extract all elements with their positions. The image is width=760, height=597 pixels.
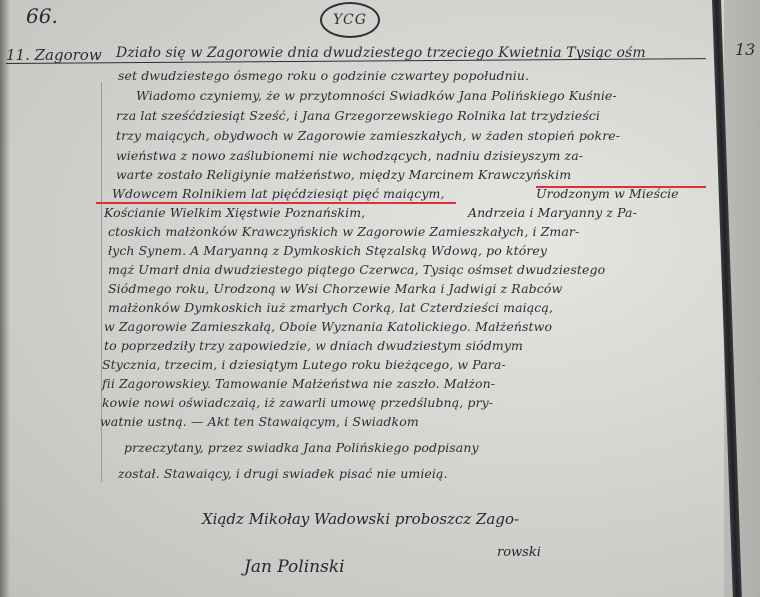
text-line-6: wieństwa z nowo zaślubionemi nie wchodzą… [116,148,583,163]
seal-text: YCG [333,12,367,28]
margin-note-entry-number: 11. Zagorow [6,46,102,64]
text-line-5: trzy maiących, obydwoch w Zagorowie zami… [116,128,620,143]
text-line-13: Siódmego roku, Urodzoną w Wsi Chorzewie … [108,281,562,296]
text-line-14: małżonków Dymkoskich iuż zmarłych Corką,… [108,300,553,315]
text-line-17: Stycznia, trzecim, i dziesiątym Lutego r… [102,357,506,372]
red-underline-kosciany [96,202,456,204]
text-line-8a: Wdowcem Rolnikiem lat pięćdziesiąt pięć … [112,186,445,201]
text-line-3: Wiadomo czyniemy, że w przytomności Swia… [136,88,617,103]
witness-signature: Jan Polinski [244,557,345,577]
text-line-1: Działo się w Zagorowie dnia dwudziestego… [116,45,646,61]
red-underline-birthplace [536,186,706,188]
text-line-20: watnie ustną. — Akt ten Stawaiącym, i Sw… [100,414,419,429]
text-line-19: kowie nowi oświadczaią, iż zawarli umowę… [102,395,493,410]
text-line-18: fii Zagorowskiey. Tamowanie Małżeństwa n… [102,376,495,391]
page-edge-shadow [0,0,10,597]
text-line-10: ctoskich małżonków Krawczyńskich w Zagor… [108,224,579,239]
text-line-22: został. Stawaiący, i drugi swiadek pisać… [118,466,448,481]
scanned-document-page: 66. YCG 13 11. Zagorow Działo się w Zago… [0,0,760,597]
text-line-8b-underlined: Urodzonym w Mieście [536,186,679,201]
text-line-12: mąż Umarł dnia dwudziestego piątego Czer… [108,262,605,277]
text-line-21: przeczytany, przez swiadka Jana Poliński… [124,440,479,455]
text-line-16: to poprzedziły trzy zapowiedzie, w dniac… [104,338,523,353]
text-line-2: set dwudziestego ósmego roku o godzinie … [118,68,529,83]
text-line-7: warte zostało Religiynie małżeństwo, mię… [116,167,571,182]
text-line-9a-underlined: Kościanie Wielkim Xięstwie Poznańskim, [104,205,365,220]
seal-monogram: YCG [320,2,380,38]
text-line-9b: Andrzeia i Maryanny z Pa- [468,205,637,220]
page-number: 66. [26,4,58,28]
text-line-15: w Zagorowie Zamieszkałą, Oboie Wyznania … [104,319,552,334]
text-line-11: łych Synem. A Maryanną z Dymkoskich Stęz… [108,243,547,258]
priest-signature-continuation: rowski [497,545,541,560]
priest-signature: Xiądz Mikołay Wadowski proboszcz Zago- [202,510,519,528]
folio-mark: 13 [735,40,755,59]
text-line-4: rza lat sześćdziesiąt Sześć, i Jana Grze… [116,108,600,123]
